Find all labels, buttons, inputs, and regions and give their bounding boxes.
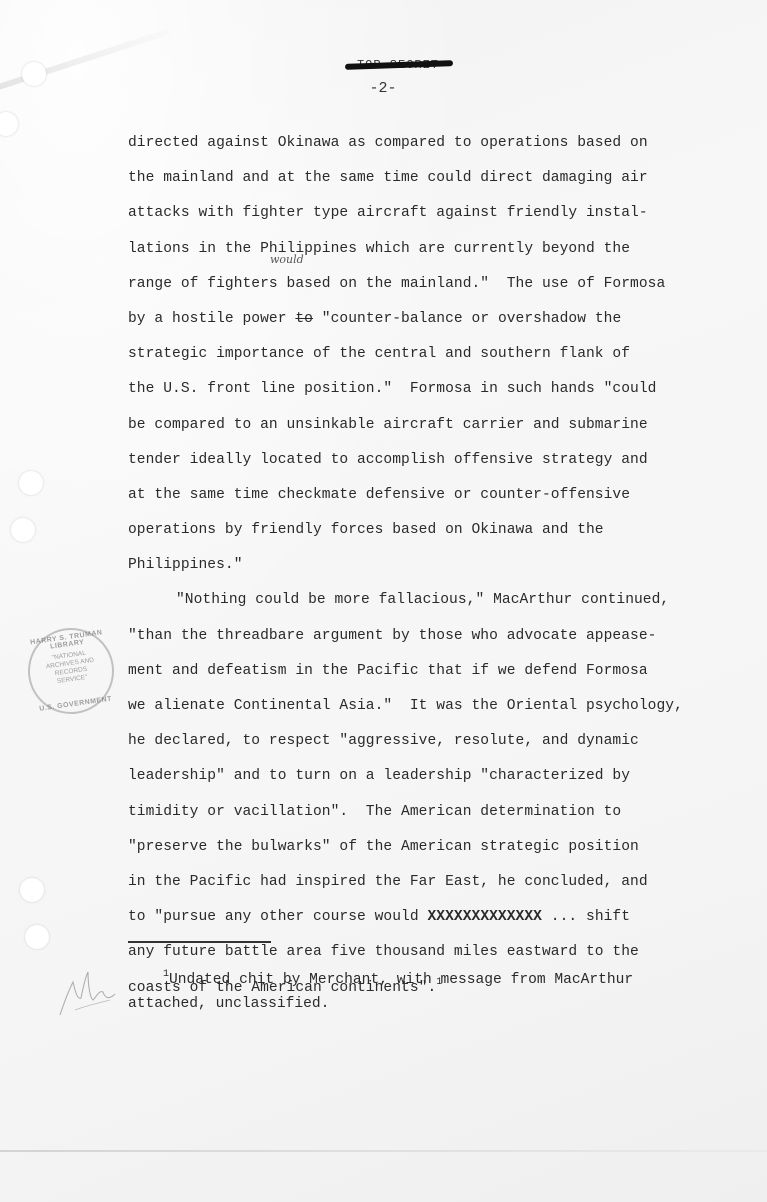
- text-line: at the same time checkmate defensive or …: [128, 478, 767, 513]
- stamp-bottom-text: U.S. GOVERNMENT: [35, 695, 117, 713]
- text-line: the U.S. front line position." Formosa i…: [128, 372, 767, 407]
- footnote: 1Undated chit by Merchant, with message …: [128, 968, 767, 1016]
- text-segment: to "pursue any other course would: [128, 909, 427, 925]
- punch-hole: [0, 112, 18, 136]
- footnote-separator: [128, 941, 271, 943]
- stamp-center-text: "NATIONAL ARCHIVES AND RECORDS SERVICE": [38, 648, 104, 688]
- text-segment: "counter-balance or overshadow the: [313, 311, 621, 327]
- text-line: lations in the Philippines which are cur…: [128, 232, 767, 267]
- paper-crease: [0, 1150, 767, 1152]
- footnote-text: Undated chit by Merchant, with message f…: [169, 972, 633, 988]
- document-page: TOP SECRET -2- would directed against Ok…: [0, 0, 767, 1202]
- text-line: leadership" and to turn on a leadership …: [128, 759, 767, 794]
- punch-hole: [25, 925, 49, 949]
- text-line: the mainland and at the same time could …: [128, 161, 767, 196]
- text-line: tender ideally located to accomplish off…: [128, 443, 767, 478]
- text-line: ment and defeatism in the Pacific that i…: [128, 654, 767, 689]
- typed-xout: XXXXXXXXXXXXX: [427, 909, 542, 925]
- text-line-with-xout: to "pursue any other course would XXXXXX…: [128, 900, 767, 935]
- punch-hole: [19, 471, 43, 495]
- text-segment: ... shift: [542, 909, 630, 925]
- text-segment: by a hostile power: [128, 311, 295, 327]
- punch-hole: [11, 518, 35, 542]
- text-line: attacks with fighter type aircraft again…: [128, 196, 767, 231]
- text-line: timidity or vacillation". The American d…: [128, 795, 767, 830]
- punch-hole: [22, 62, 46, 86]
- paragraph-start-line: "Nothing could be more fallacious," MacA…: [128, 583, 767, 618]
- archive-stamp: HARRY S. TRUMAN LIBRARY "NATIONAL ARCHIV…: [22, 622, 119, 719]
- struck-word: to: [295, 311, 313, 327]
- text-line: operations by friendly forces based on O…: [128, 513, 767, 548]
- footnote-line: 1Undated chit by Merchant, with message …: [128, 968, 767, 992]
- text-line: be compared to an unsinkable aircraft ca…: [128, 408, 767, 443]
- text-line: range of fighters based on the mainland.…: [128, 267, 767, 302]
- punch-hole: [20, 878, 44, 902]
- text-line: we alienate Continental Asia." It was th…: [128, 689, 767, 724]
- handwritten-initials-icon: [55, 960, 125, 1020]
- text-line: "than the threadbare argument by those w…: [128, 619, 767, 654]
- page-number: -2-: [353, 80, 413, 97]
- footnote-line: attached, unclassified.: [128, 992, 767, 1016]
- paper-streak: [0, 28, 171, 96]
- text-line: strategic importance of the central and …: [128, 337, 767, 372]
- text-line: in the Pacific had inspired the Far East…: [128, 865, 767, 900]
- text-line: "preserve the bulwarks" of the American …: [128, 830, 767, 865]
- body-text: directed against Okinawa as compared to …: [128, 126, 767, 1006]
- text-line: he declared, to respect "aggressive, res…: [128, 724, 767, 759]
- text-line-with-correction: by a hostile power to "counter-balance o…: [128, 302, 767, 337]
- text-line: Philippines.": [128, 548, 767, 583]
- text-line: directed against Okinawa as compared to …: [128, 126, 767, 161]
